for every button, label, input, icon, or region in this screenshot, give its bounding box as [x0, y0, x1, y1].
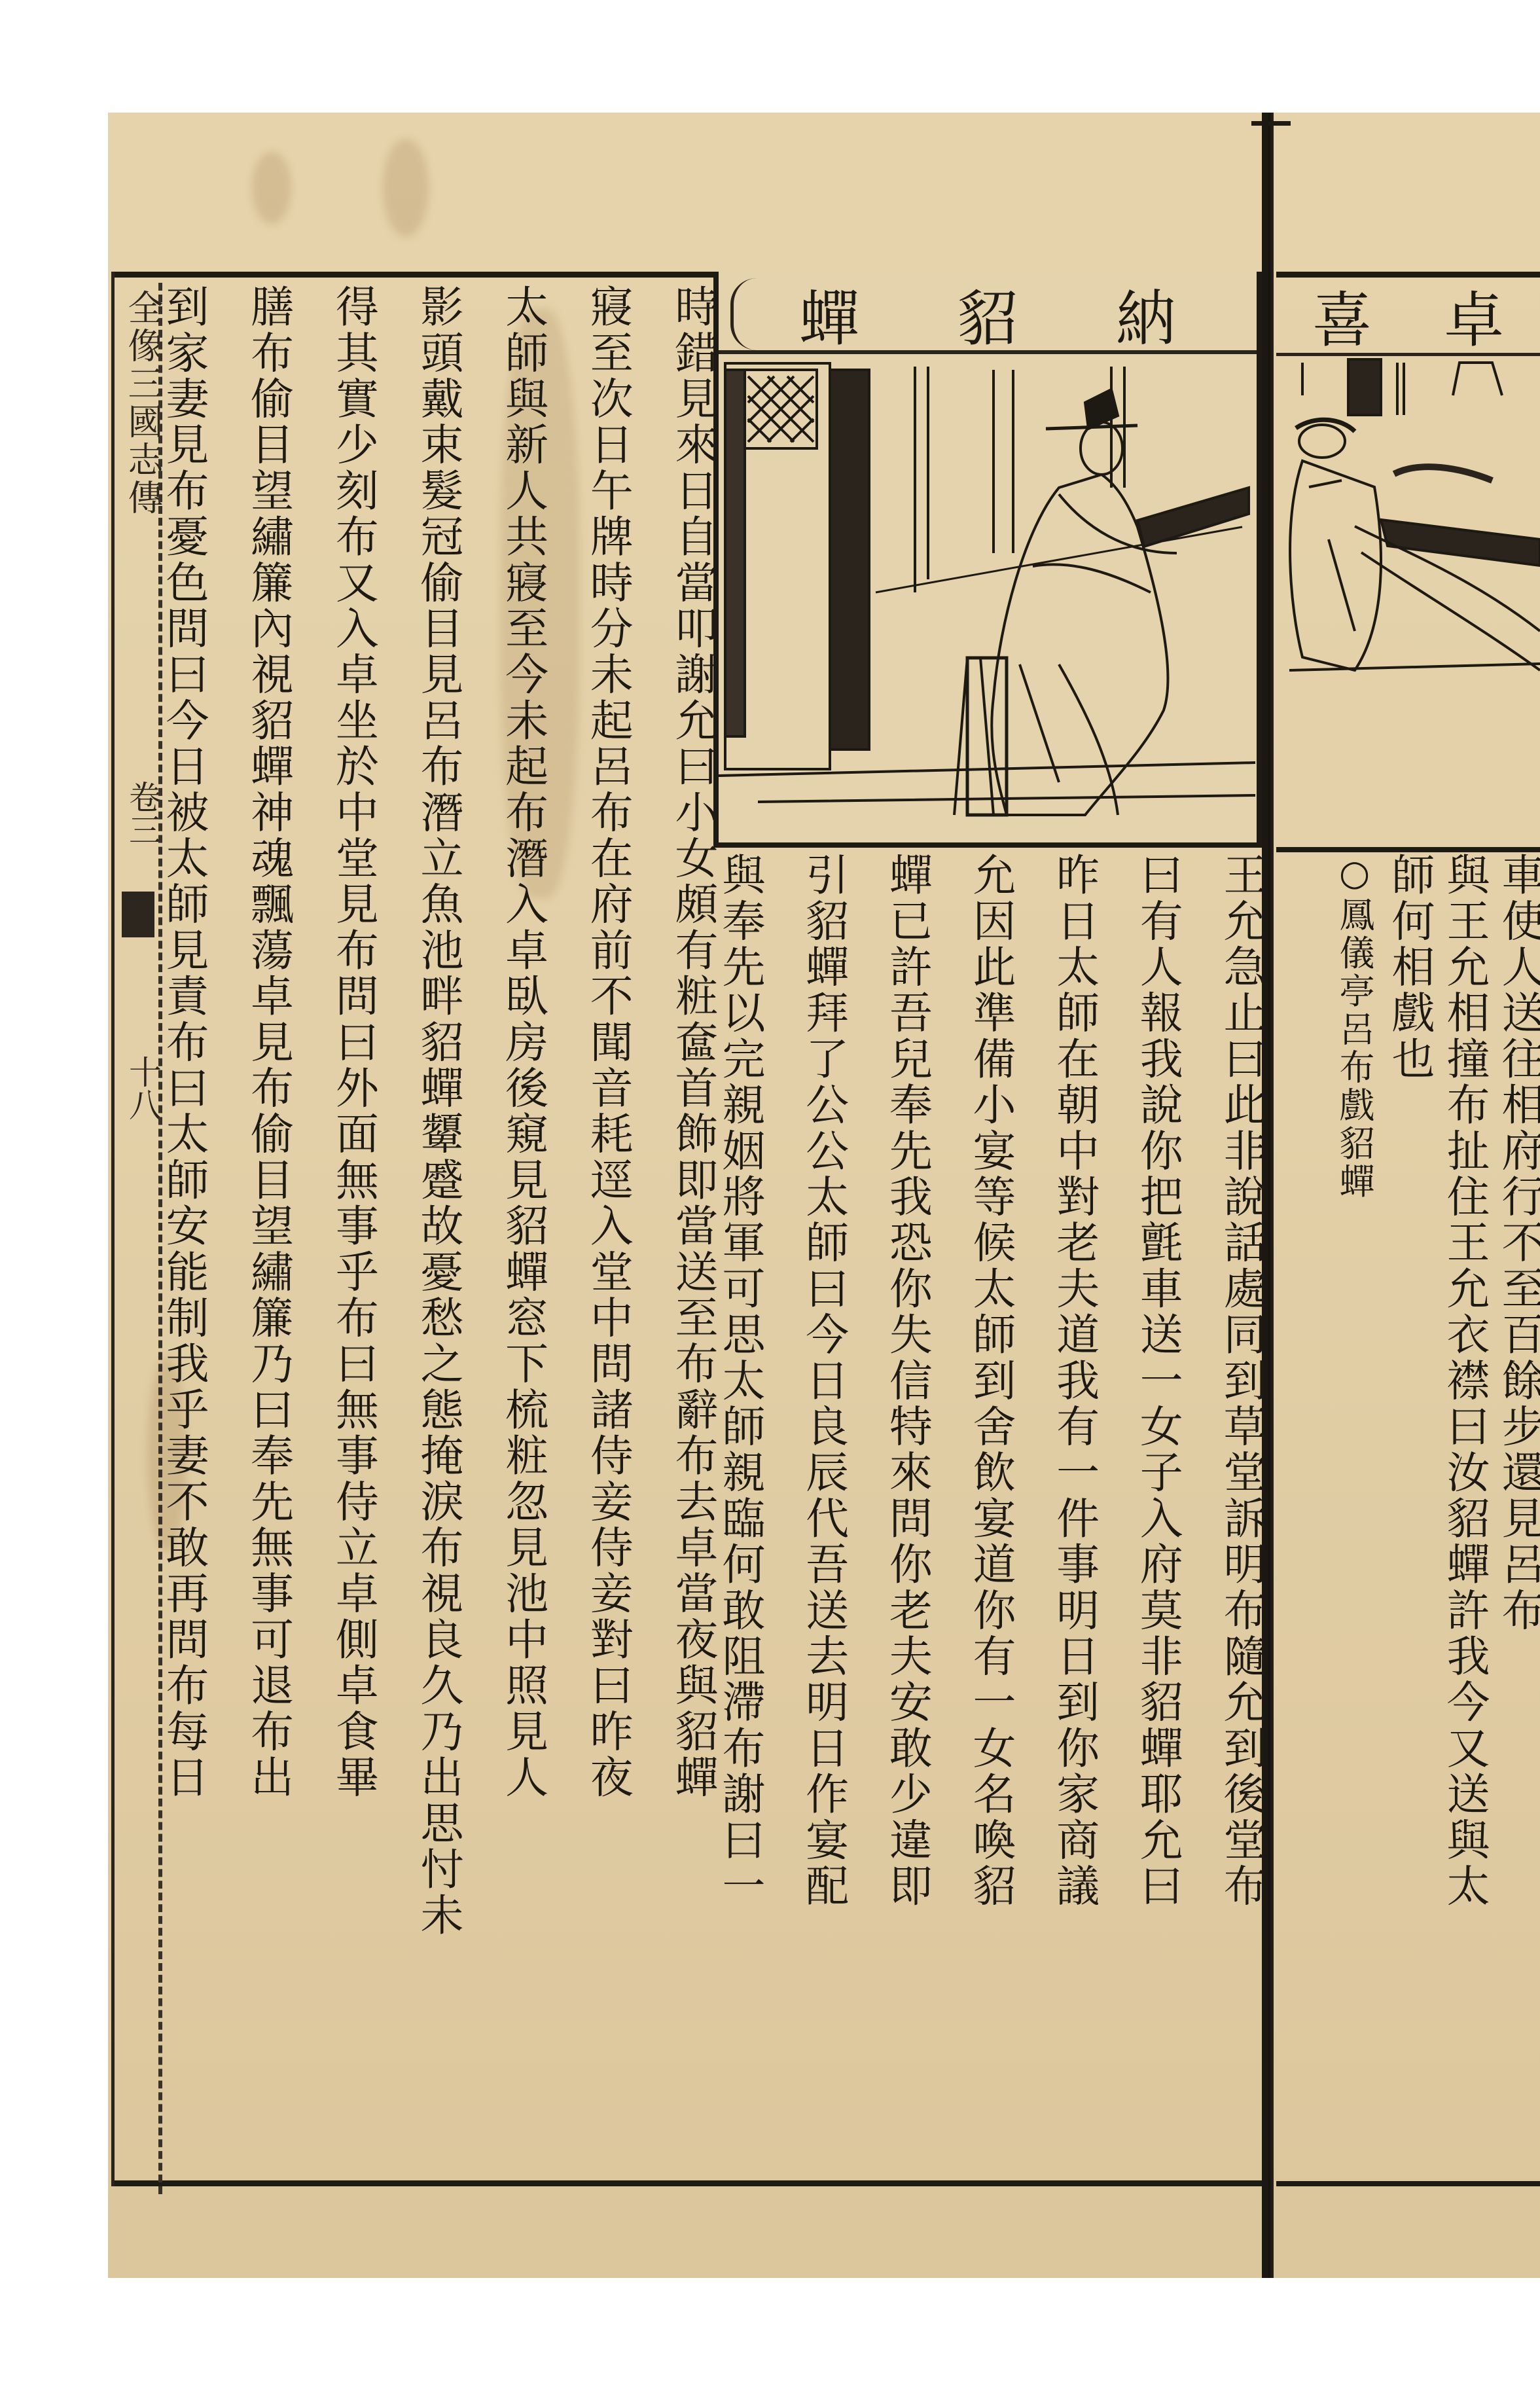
text-column: 時錯見來日自當叩謝允曰小女頗有粧奩首飾即當送至布辭布去卓當夜與貂蟬	[672, 284, 713, 2180]
text-column: 影頭戴束髮冠偷目見呂布潛立魚池畔貂蟬顰蹙故憂愁之態掩淚布視良久乃出思忖未	[417, 284, 459, 2180]
frame-left-rule	[111, 272, 115, 2186]
illustration-title-char: 喜	[1312, 278, 1372, 359]
text-column: 蟬已許吾兒奉先我恐你失信特來問你老夫安敢少違即	[886, 852, 927, 2180]
main-text-block: 時錯見來日自當叩謝允曰小女頗有粧奩首飾即當送至布辭布去卓當夜與貂蟬 寢至次日午牌…	[162, 284, 713, 2180]
illustration-panel: 納 貂 蟬	[713, 272, 1262, 848]
chapter-heading: ○鳳儀亭呂布戲貂蟬	[1333, 852, 1375, 2180]
text-column: 寢至次日午牌時分未起呂布在府前不聞音耗逕入堂中問諸侍妾侍妾對曰昨夜	[586, 284, 628, 2180]
woodcut-scene-image	[1276, 356, 1540, 847]
illustration-title-char: 卓	[1444, 278, 1504, 359]
illustration-title-char: 蟬	[799, 272, 859, 357]
frame-top-rule	[1276, 272, 1540, 278]
illustration-title-char: 納	[1116, 272, 1176, 357]
illustration-title-band: 卓 喜	[1276, 278, 1540, 356]
book-title-margin: 全像三國志傳 卷三 十八	[115, 283, 156, 2194]
frame-bottom-rule	[111, 2180, 1268, 2186]
illustration-title-band: 納 貂 蟬	[719, 278, 1257, 354]
text-column: 得其實少刻布又入卓坐於中堂見布問曰外面無事乎布曰無事侍立卓側卓食畢	[332, 284, 374, 2180]
woodcut-scene-image	[719, 357, 1257, 841]
text-column: 引貂蟬拜了公公太師曰今日良辰代吾送去明日作宴配	[802, 852, 844, 2180]
text-column: 到家妻見布憂色問曰今日被太師見責布曰太師安能制我乎妻不敢再問布每日	[162, 284, 204, 2180]
fishtail-mark	[122, 892, 154, 937]
illustration-title-char: 貂	[958, 272, 1018, 357]
right-illustration-panel: 卓 喜	[1276, 278, 1540, 852]
text-column: 與王允相撞布扯住王允衣襟曰汝貂蟬許我今又送與太	[1443, 852, 1485, 2180]
text-column: 曰有人報我說你把氈車送一女子入府莫非貂蟬耶允曰	[1136, 852, 1178, 2180]
right-page: 卓 喜 車使人送往相府行不至百餘步還見呂布 與王允相撞布扯住王允衣襟曰汝貂蟬許我…	[1276, 113, 1540, 2278]
text-column: 與奉先以完親姻將軍可思太師親臨何敢阻滯布謝曰一	[719, 852, 761, 2180]
right-text-block: 車使人送往相府行不至百餘步還見呂布 與王允相撞布扯住王允衣襟曰汝貂蟬許我今又送與…	[1276, 852, 1540, 2180]
text-column: 太師與新人共寢至今未起布潛入卓臥房後窺見貂蟬窓下梳粧忽見池中照見人	[502, 284, 544, 2180]
frame-bottom-rule	[1276, 2181, 1540, 2186]
text-column: 昨日太師在朝中對老夫道我有一件事明日到你家商議	[1053, 852, 1095, 2180]
text-column: 王允急止曰此非說話處同到草堂訴明布隨允到後堂布	[1220, 852, 1262, 2180]
upper-right-text-block: 王允急止曰此非說話處同到草堂訴明布隨允到後堂布 曰有人報我說你把氈車送一女子入府…	[719, 852, 1262, 2180]
text-column: 膳布偷目望繡簾內視貂蟬神魂飄蕩卓見布偷目望繡簾乃曰奉先無事可退布出	[247, 284, 289, 2180]
text-column: 車使人送往相府行不至百餘步還見呂布	[1498, 852, 1540, 2180]
left-page: 全像三國志傳 卷三 十八 時錯見來日自當叩謝允曰小女頗有粧奩首飾即當送至布辭布去…	[111, 113, 1268, 2278]
text-column: 允因此準備小宴等候太師到舍飲宴道你有一女名喚貂	[969, 852, 1011, 2180]
text-column: 師何相戲也	[1388, 852, 1430, 2180]
